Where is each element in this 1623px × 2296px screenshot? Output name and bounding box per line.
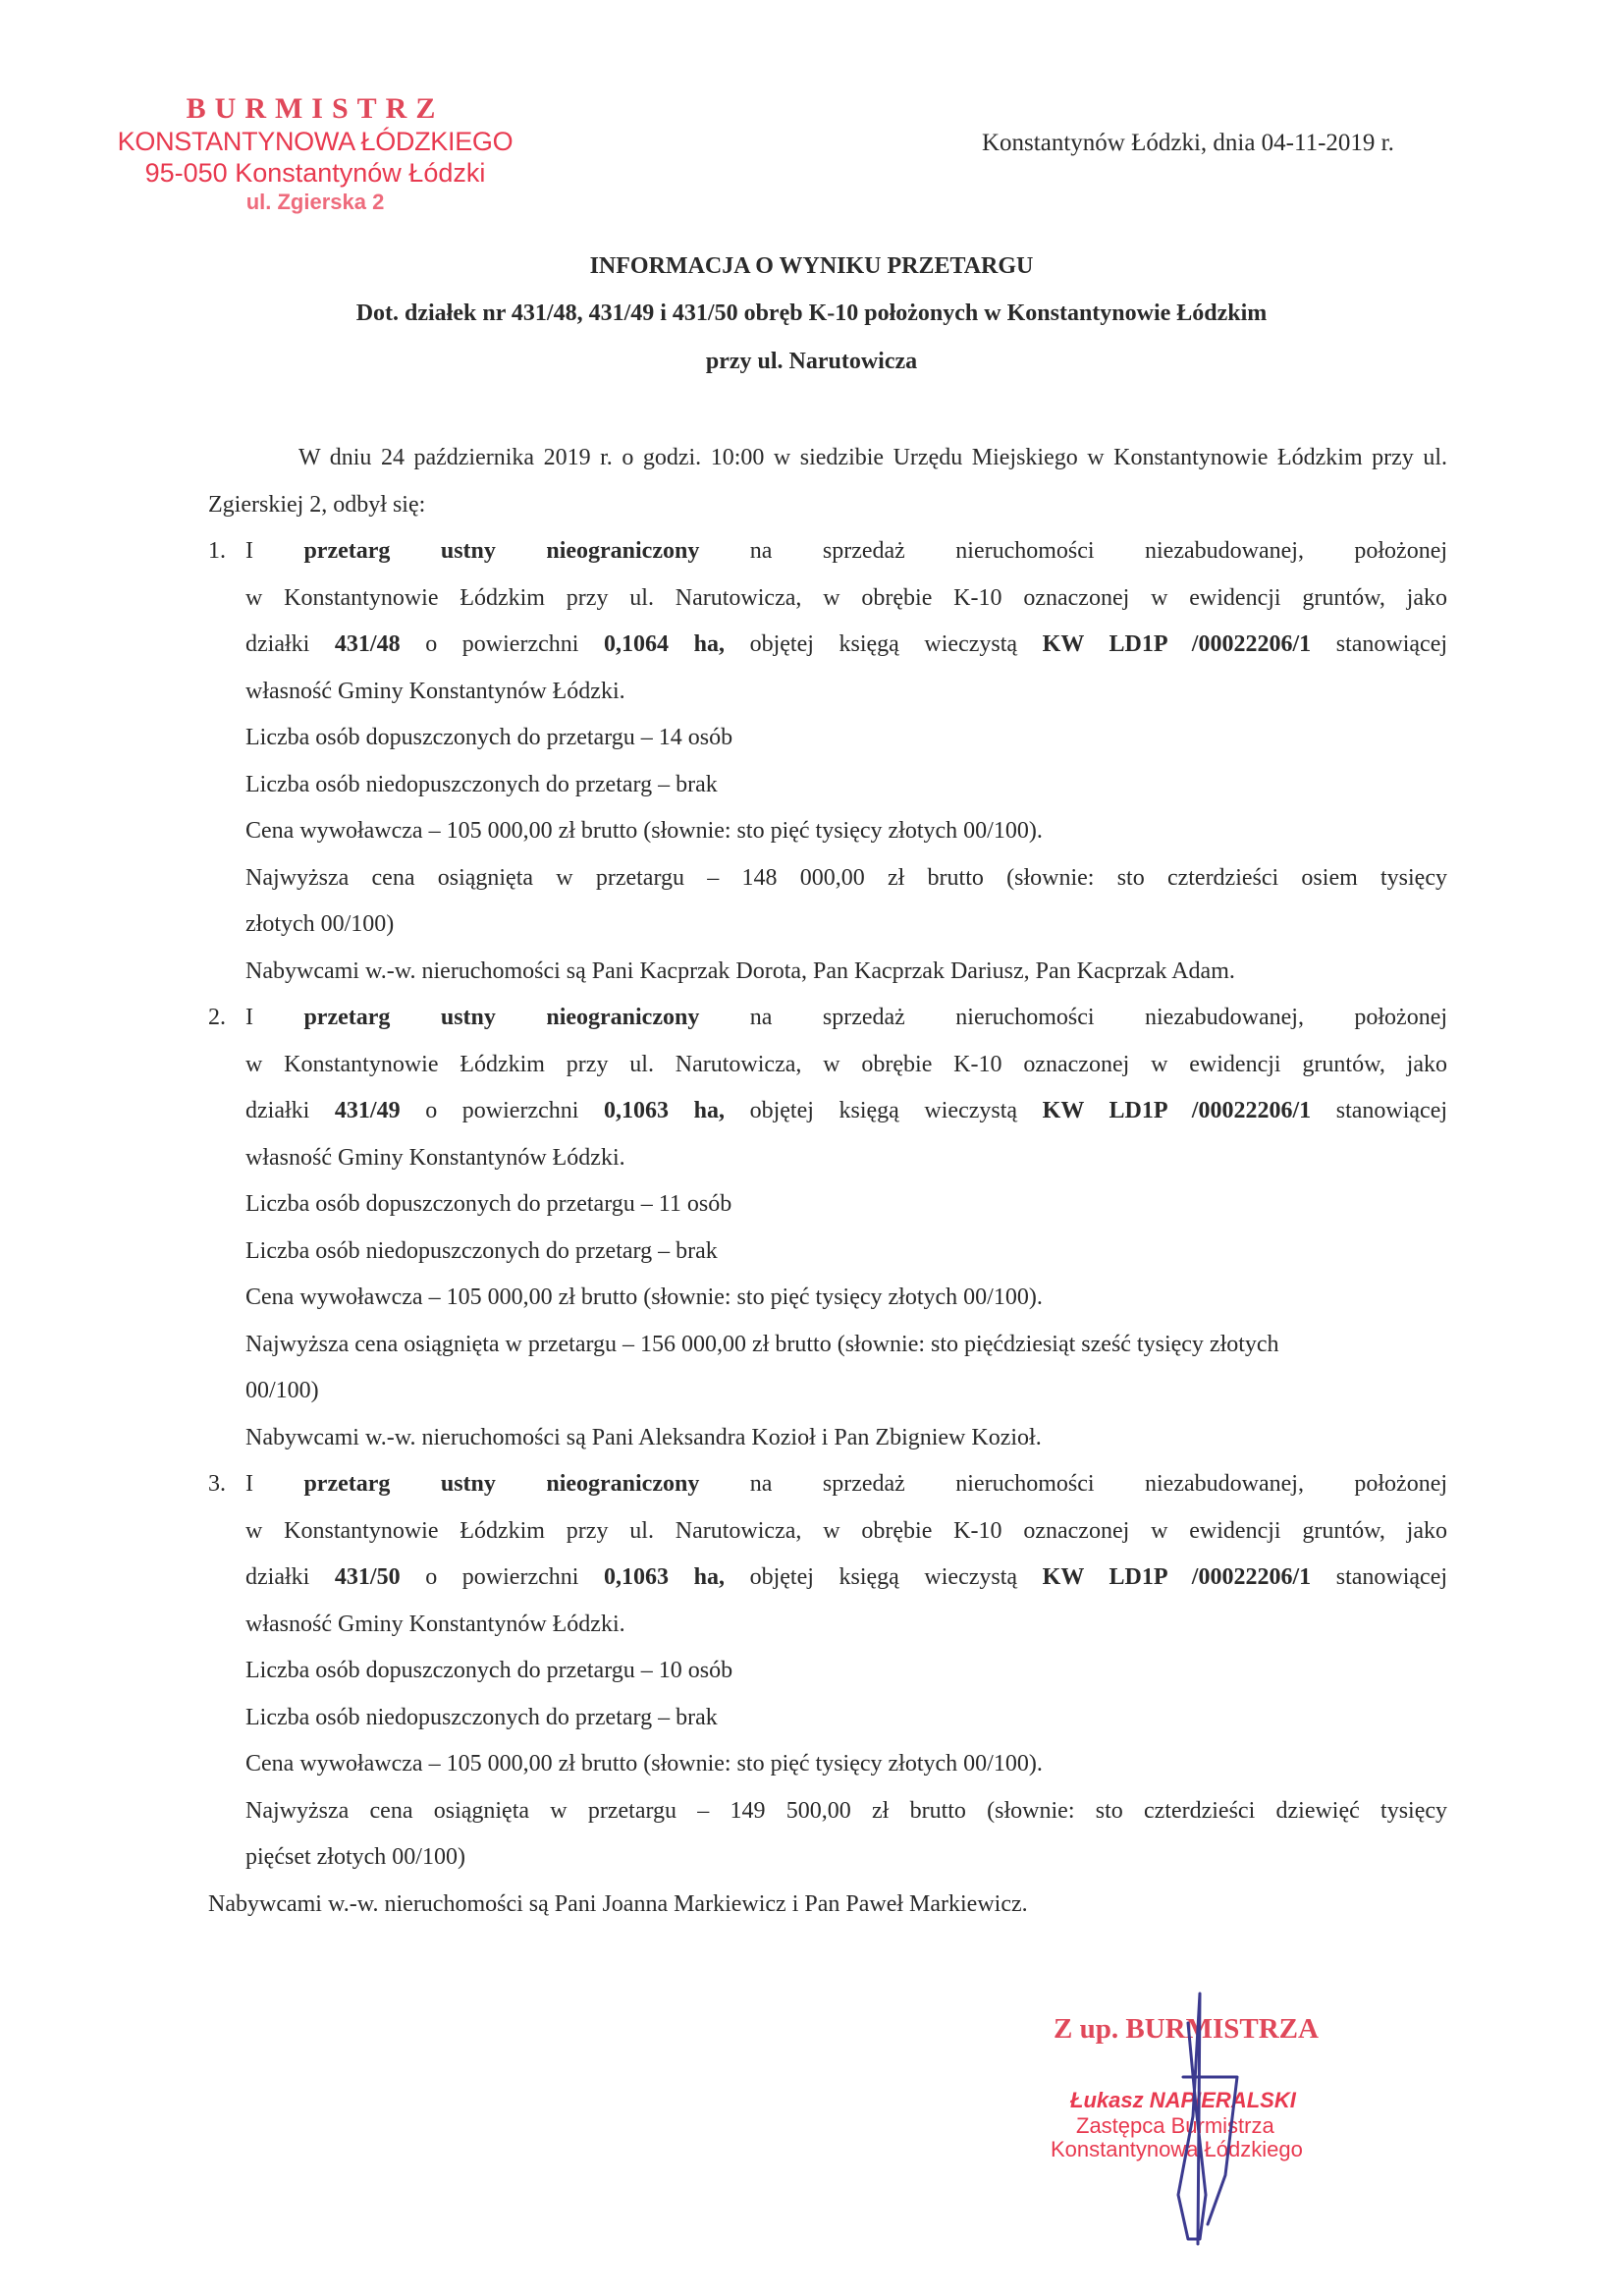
rejected-count: Liczba osób niedopuszczonych do przetarg… xyxy=(245,762,1447,809)
land-register-number: KW LD1P /00022206/1 xyxy=(1043,1564,1311,1590)
plot-area: 0,1063 ha, xyxy=(604,1564,725,1590)
intro-paragraph: W dniu 24 października 2019 r. o godzi. … xyxy=(208,435,1447,528)
plot-number: 431/50 xyxy=(335,1564,401,1590)
item-number: 2. xyxy=(208,995,226,1042)
item-number: 3. xyxy=(208,1461,226,1508)
ownership-line: własność Gminy Konstantynów Łódzki. xyxy=(245,1602,1447,1649)
rejected-count: Liczba osób niedopuszczonych do przetarg… xyxy=(245,1695,1447,1742)
land-register-number: KW LD1P /00022206/1 xyxy=(1043,1098,1311,1123)
tender-item: 1. I przetarg ustny nieograniczony na sp… xyxy=(208,528,1447,995)
plot-line: działki 431/50 o powierzchni 0,1063 ha, … xyxy=(245,1555,1447,1602)
item-number: 1. xyxy=(208,528,226,575)
admitted-count: Liczba osób dopuszczonych do przetargu –… xyxy=(245,1648,1447,1695)
ownership-line: własność Gminy Konstantynów Łódzki. xyxy=(245,1135,1447,1182)
location-line: w Konstantynowie Łódzkim przy ul. Naruto… xyxy=(245,575,1447,623)
plot-area: 0,1063 ha, xyxy=(604,1098,725,1123)
ownership-line: własność Gminy Konstantynów Łódzki. xyxy=(245,669,1447,716)
tender-item: 2. I przetarg ustny nieograniczony na sp… xyxy=(208,995,1447,1461)
document-subtitle-line1: Dot. działek nr 431/48, 431/49 i 431/50 … xyxy=(0,301,1623,327)
mayor-office-stamp: BURMISTRZ KONSTANTYNOWA ŁÓDZKIEGO 95-050… xyxy=(94,92,536,216)
stamp-office: KONSTANTYNOWA ŁÓDZKIEGO xyxy=(94,126,536,157)
stamp-street: ul. Zgierska 2 xyxy=(94,189,536,216)
location-line: w Konstantynowie Łódzkim przy ul. Naruto… xyxy=(245,1042,1447,1089)
plot-line: działki 431/48 o powierzchni 0,1064 ha, … xyxy=(245,622,1447,669)
starting-price: Cena wywoławcza – 105 000,00 zł brutto (… xyxy=(245,1275,1447,1322)
place-and-date: Konstantynów Łódzki, dnia 04-11-2019 r. xyxy=(982,130,1394,157)
stamp-postal: 95-050 Konstantynów Łódzki xyxy=(94,157,536,189)
starting-price: Cena wywoławcza – 105 000,00 zł brutto (… xyxy=(245,1741,1447,1788)
highest-price-continued: pięćset złotych 00/100) xyxy=(245,1834,1447,1882)
rejected-count: Liczba osób niedopuszczonych do przetarg… xyxy=(245,1229,1447,1276)
admitted-count: Liczba osób dopuszczonych do przetargu –… xyxy=(245,715,1447,762)
buyers: Nabywcami w.-w. nieruchomości są Pani Ka… xyxy=(245,949,1447,996)
highest-price: Najwyższa cena osiągnięta w przetargu – … xyxy=(245,1322,1447,1369)
document-body: W dniu 24 października 2019 r. o godzi. … xyxy=(208,435,1447,1928)
document-subtitle-line2: przy ul. Narutowicza xyxy=(0,349,1623,375)
tender-type-line: I przetarg ustny nieograniczony na sprze… xyxy=(245,1461,1447,1508)
tender-list: 1. I przetarg ustny nieograniczony na sp… xyxy=(208,528,1447,1928)
tender-type-line: I przetarg ustny nieograniczony na sprze… xyxy=(245,995,1447,1042)
tender-item: 3. I przetarg ustny nieograniczony na sp… xyxy=(208,1461,1447,1928)
plot-number: 431/48 xyxy=(335,631,401,657)
document-title: INFORMACJA O WYNIKU PRZETARGU xyxy=(0,253,1623,280)
highest-price: Najwyższa cena osiągnięta w przetargu – … xyxy=(245,855,1447,902)
highest-price-continued: 00/100) xyxy=(245,1368,1447,1415)
admitted-count: Liczba osób dopuszczonych do przetargu –… xyxy=(245,1181,1447,1229)
starting-price: Cena wywoławcza – 105 000,00 zł brutto (… xyxy=(245,808,1447,855)
stamp-title: BURMISTRZ xyxy=(94,92,536,126)
land-register-number: KW LD1P /00022206/1 xyxy=(1043,631,1311,657)
buyers: Nabywcami w.-w. nieruchomości są Pani Jo… xyxy=(208,1882,1447,1929)
plot-number: 431/49 xyxy=(335,1098,401,1123)
highest-price-continued: złotych 00/100) xyxy=(245,902,1447,949)
handwritten-signature-icon xyxy=(1139,1969,1257,2254)
highest-price: Najwyższa cena osiągnięta w przetargu – … xyxy=(245,1788,1447,1835)
location-line: w Konstantynowie Łódzkim przy ul. Naruto… xyxy=(245,1508,1447,1556)
plot-line: działki 431/49 o powierzchni 0,1063 ha, … xyxy=(245,1088,1447,1135)
plot-area: 0,1064 ha, xyxy=(604,631,725,657)
tender-type-line: I przetarg ustny nieograniczony na sprze… xyxy=(245,528,1447,575)
buyers: Nabywcami w.-w. nieruchomości są Pani Al… xyxy=(245,1415,1447,1462)
